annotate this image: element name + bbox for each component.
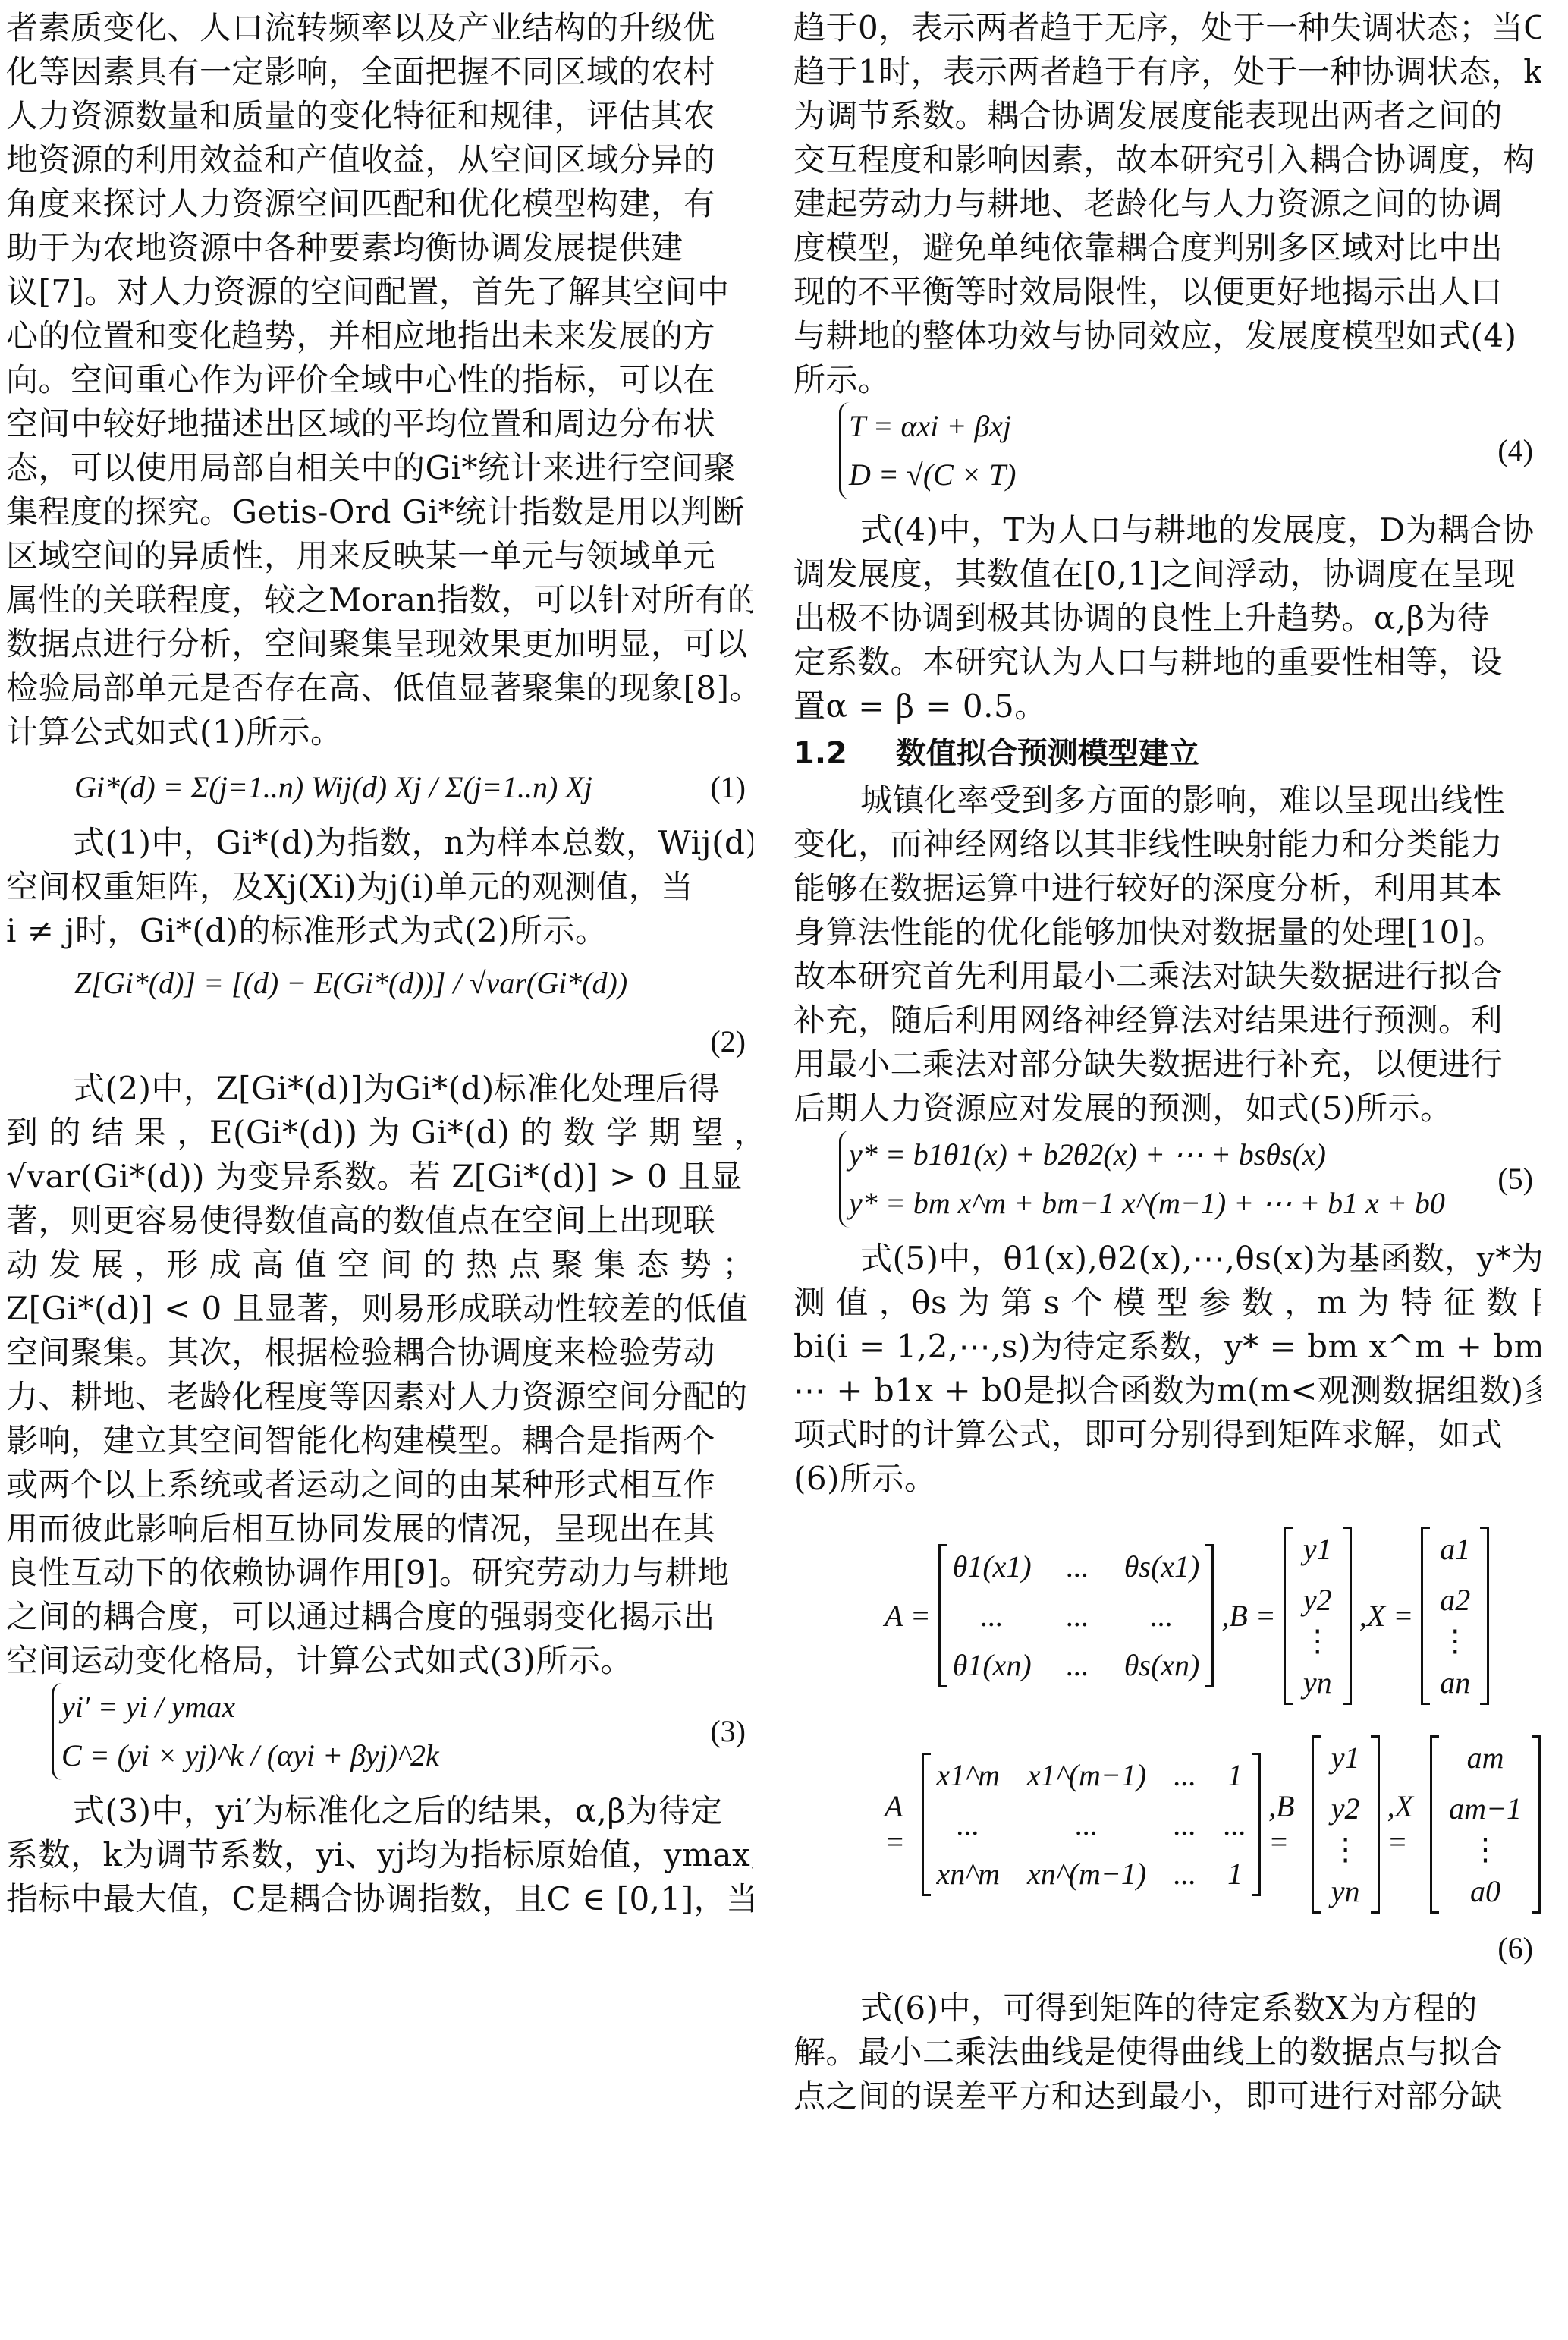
text-line: 地资源的利用效益和产值收益，从空间区域分异的 <box>6 138 753 182</box>
text-line: 态，可以使用局部自相关中的Gi*统计来进行空间聚 <box>6 446 753 490</box>
text-line: ⋯ + b1x + b0是拟合函数为m(m<观测数据组数)多 <box>793 1369 1541 1413</box>
text-line: 数据点进行分析，空间聚集呈现效果更加明显，可以 <box>6 622 753 666</box>
equation-line: yi′ = yi / ymax <box>61 1683 439 1731</box>
text-line: 身算法性能的优化能够加快对数据量的处理[10]。 <box>793 911 1541 955</box>
matrix-b-label: ,B = <box>1221 1598 1275 1634</box>
text-line: 化等因素具有一定影响，全面把握不同区域的农村 <box>6 50 753 94</box>
equation-6: A = θ1(x1) ... θs(x1) ... ... ... θ1(xn)… <box>793 1521 1541 1976</box>
matrix-cell: ... <box>1067 1647 1089 1683</box>
matrix-a-label: A = <box>885 1788 914 1860</box>
matrix-cell: x1^m <box>936 1757 1000 1793</box>
text-line: 式(1)中，Gi*(d)为指数，n为样本总数，Wij(d)为 <box>6 821 753 865</box>
paragraph-fitting-model: 城镇化率受到多方面的影响，难以呈现出线性 变化，而神经网络以其非线性映射能力和分… <box>793 778 1541 1131</box>
text-line: 后期人力资源应对发展的预测，如式(5)所示。 <box>793 1087 1541 1131</box>
section-title: 数值拟合预测模型建立 <box>896 736 1199 771</box>
paragraph-eq2-explanation: 式(2)中，Z[Gi*(d)]为Gi*(d)标准化处理后得 到 的 结 果 ，E… <box>6 1067 753 1683</box>
paragraph-eq5-explanation: 式(5)中，θ1(x),θ2(x),⋯,θs(x)为基函数，y*为预 测 值 ，… <box>793 1237 1541 1501</box>
text-line: 检验局部单元是否存在高、低值显著聚集的现象[8]。 <box>6 666 753 710</box>
text-line: 助于为农地资源中各种要素均衡协调发展提供建 <box>6 226 753 270</box>
text-line: 能够在数据运算中进行较好的深度分析，利用其本 <box>793 866 1541 911</box>
text-line: 指标中最大值，C是耦合协调指数，且C ∈ [0,1]，当C <box>6 1877 753 1921</box>
equation-line: D = √(C × T) <box>849 451 1016 499</box>
equation-number: (4) <box>1497 432 1533 468</box>
text-line: 项式时的计算公式，即可分别得到矩阵求解，如式 <box>793 1413 1541 1457</box>
text-line: 式(4)中，T为人口与耕地的发展度，D为耦合协 <box>793 508 1541 552</box>
text-line: 动 发 展 ，形 成 高 值 空 间 的 热 点 聚 集 态 势 ；若 <box>6 1243 753 1287</box>
equation-6-number-row: (6) <box>793 1923 1541 1976</box>
equation-2-body: Z[Gi*(d)] = [(d) − E(Gi*(d))] / √var(Gi*… <box>6 953 753 1014</box>
vertical-ellipsis: ⋮ <box>1302 1633 1333 1650</box>
text-line: (6)所示。 <box>793 1457 1541 1501</box>
vertical-ellipsis: ⋮ <box>1440 1633 1470 1650</box>
matrix-system-1: A = θ1(x1) ... θs(x1) ... ... ... θ1(xn)… <box>793 1521 1541 1710</box>
text-line: 议[7]。对人力资源的空间配置，首先了解其空间中 <box>6 270 753 314</box>
text-line: 空间中较好地描述出区域的平均位置和周边分布状 <box>6 402 753 446</box>
text-line: 定系数。本研究认为人口与耕地的重要性相等，设 <box>793 640 1541 684</box>
matrix-b-label: ,B = <box>1268 1788 1303 1860</box>
matrix-cell: ... <box>1174 1856 1196 1892</box>
text-line: 计算公式如式(1)所示。 <box>6 710 753 754</box>
paragraph-eq6-explanation: 式(6)中，可得到矩阵的待定系数X为方程的 解。最小二乘法曲线是使得曲线上的数据… <box>793 1986 1541 2118</box>
equation-3: yi′ = yi / ymax C = (yi × yj)^k / (αyi +… <box>6 1683 753 1789</box>
text-line: 力、耕地、老龄化程度等因素对人力资源空间分配的 <box>6 1375 753 1419</box>
text-line: 故本研究首先利用最小二乘法对缺失数据进行拟合 <box>793 955 1541 999</box>
matrix-cell: ... <box>1027 1807 1146 1842</box>
equation-number: (1) <box>710 754 746 821</box>
equation-number: (5) <box>1497 1161 1533 1197</box>
text-line: 著，则更容易使得数值高的数值点在空间上出现联 <box>6 1199 753 1243</box>
matrix-cell: θs(x1) <box>1124 1549 1200 1584</box>
equation-line: T = αxi + βxj <box>849 402 1016 451</box>
text-line: 向。空间重心作为评价全域中心性的指标，可以在 <box>6 358 753 402</box>
equation-1-body: Gi*(d) = Σ(j=1..n) Wij(d) Xj / Σ(j=1..n)… <box>6 770 592 804</box>
text-line: 系数，k为调节系数，yi、yj均为指标原始值，ymax为项 <box>6 1833 753 1877</box>
text-line: 变化，而神经网络以其非线性映射能力和分类能力 <box>793 822 1541 866</box>
equation-number: (6) <box>1497 1930 1533 1966</box>
text-line: 式(3)中，yi′为标准化之后的结果，α,β为待定 <box>6 1789 753 1833</box>
matrix-cell: ... <box>1067 1598 1089 1634</box>
equation-4: T = αxi + βxj D = √(C × T) (4) <box>793 402 1541 508</box>
brace-system: T = αxi + βxj D = √(C × T) <box>839 402 1016 499</box>
text-line: 或两个以上系统或者运动之间的由某种形式相互作 <box>6 1463 753 1507</box>
paragraph-eq4-explanation: 式(4)中，T为人口与耕地的发展度，D为耦合协 调发展度，其数值在[0,1]之间… <box>793 508 1541 728</box>
equation-1: Gi*(d) = Σ(j=1..n) Wij(d) Xj / Σ(j=1..n)… <box>6 754 753 821</box>
paragraph-eq3-explanation: 式(3)中，yi′为标准化之后的结果，α,β为待定 系数，k为调节系数，yi、y… <box>6 1789 753 1921</box>
text-line: 出极不协调到极其协调的良性上升趋势。α,β为待 <box>793 596 1541 640</box>
right-column: 趋于0，表示两者趋于无序，处于一种失调状态；当C 趋于1时，表示两者趋于有序，处… <box>793 0 1541 2118</box>
matrix-cell: ... <box>1174 1807 1196 1842</box>
equation-line: y* = b1θ1(x) + b2θ2(x) + ⋯ + bsθs(x) <box>849 1131 1445 1179</box>
text-line: 现的不平衡等时效局限性，以便更好地揭示出人口 <box>793 270 1541 314</box>
vector-cell: yn <box>1302 1665 1333 1700</box>
text-line: 解。最小二乘法曲线是使得曲线上的数据点与拟合 <box>793 2030 1541 2074</box>
text-line: 区域空间的异质性，用来反映某一单元与领域单元 <box>6 534 753 578</box>
vector-cell: an <box>1440 1665 1470 1700</box>
matrix-cell: θ1(x1) <box>953 1549 1032 1584</box>
text-line: i ≠ j时，Gi*(d)的标准形式为式(2)所示。 <box>6 909 753 953</box>
vector-x: am am−1 ⋮ a0 <box>1430 1735 1541 1914</box>
text-line: 式(5)中，θ1(x),θ2(x),⋯,θs(x)为基函数，y*为预 <box>793 1237 1541 1281</box>
text-line: 测 值 ，θs 为 第 s 个 模 型 参 数 ，m 为 特 征 数 目 ， <box>793 1281 1541 1325</box>
vertical-ellipsis: ⋮ <box>1331 1841 1361 1858</box>
equation-line: C = (yi × yj)^k / (αyi + βyj)^2k <box>61 1731 439 1780</box>
text-line: 影响，建立其空间智能化构建模型。耦合是指两个 <box>6 1419 753 1463</box>
vector-cell: yn <box>1331 1873 1361 1909</box>
text-line: 交互程度和影响因素，故本研究引入耦合协调度，构 <box>793 138 1541 182</box>
text-line: 城镇化率受到多方面的影响，难以呈现出线性 <box>793 778 1541 822</box>
equation-number: (2) <box>710 1024 746 1059</box>
vector-cell: y2 <box>1302 1582 1333 1618</box>
paragraph-intro: 者素质变化、人口流转频率以及产业结构的升级优 化等因素具有一定影响，全面把握不同… <box>6 6 753 754</box>
matrix-cell: 1 <box>1224 1856 1246 1892</box>
text-line: Z[Gi*(d)] < 0 且显著，则易形成联动性较差的低值 <box>6 1287 753 1331</box>
matrix-system-2: A = x1^m x1^(m−1) ... 1 ... ... ... ... … <box>793 1725 1541 1923</box>
vector-x: a1 a2 ⋮ an <box>1421 1527 1489 1705</box>
text-line: bi(i = 1,2,⋯,s)为待定系数，y* = bm x^m + bm−1 … <box>793 1325 1541 1369</box>
paragraph-coupling: 趋于0，表示两者趋于无序，处于一种失调状态；当C 趋于1时，表示两者趋于有序，处… <box>793 6 1541 402</box>
text-line: 调发展度，其数值在[0,1]之间浮动，协调度在呈现 <box>793 552 1541 596</box>
text-line: 所示。 <box>793 358 1541 402</box>
text-line: 点之间的误差平方和达到最小，即可进行对部分缺 <box>793 2074 1541 2118</box>
text-line: 补充，随后利用网络神经算法对结果进行预测。利 <box>793 999 1541 1043</box>
matrix-cell: ... <box>953 1598 1032 1634</box>
text-line: 用而彼此影响后相互协同发展的情况，呈现出在其 <box>6 1507 753 1551</box>
matrix-cell: x1^(m−1) <box>1027 1757 1146 1793</box>
matrix-cell: ... <box>1124 1598 1200 1634</box>
text-line: 度模型，避免单纯依靠耦合度判别多区域对比中出 <box>793 226 1541 270</box>
vector-b: y1 y2 ⋮ yn <box>1312 1735 1380 1914</box>
vector-cell: a1 <box>1440 1531 1470 1567</box>
equation-number: (3) <box>710 1713 746 1749</box>
text-line: 人力资源数量和质量的变化特征和规律，评估其农 <box>6 94 753 138</box>
matrix-a: x1^m x1^(m−1) ... 1 ... ... ... ... xn^m… <box>922 1753 1261 1896</box>
vector-cell: a0 <box>1449 1873 1522 1909</box>
matrix-cell: θ1(xn) <box>953 1647 1032 1683</box>
matrix-x-label: ,X = <box>1387 1788 1422 1860</box>
text-line: 趋于1时，表示两者趋于有序，处于一种协调状态，k <box>793 50 1541 94</box>
vector-cell: y1 <box>1331 1740 1361 1775</box>
text-line: 集程度的探究。Getis-Ord Gi*统计指数是用以判断 <box>6 490 753 534</box>
vector-cell: y2 <box>1331 1791 1361 1826</box>
text-line: 空间权重矩阵，及Xj(Xi)为j(i)单元的观测值，当 <box>6 865 753 909</box>
text-line: 属性的关联程度，较之Moran指数，可以针对所有的 <box>6 578 753 622</box>
text-line: 之间的耦合度，可以通过耦合度的强弱变化揭示出 <box>6 1595 753 1639</box>
text-line: 式(2)中，Z[Gi*(d)]为Gi*(d)标准化处理后得 <box>6 1067 753 1111</box>
section-number: 1.2 <box>793 736 847 771</box>
text-line: 空间聚集。其次，根据检验耦合协调度来检验劳动 <box>6 1331 753 1375</box>
text-line: 与耕地的整体功效与协同效应，发展度模型如式(4) <box>793 314 1541 358</box>
text-line: 空间运动变化格局，计算公式如式(3)所示。 <box>6 1639 753 1683</box>
paragraph-eq1-explanation: 式(1)中，Gi*(d)为指数，n为样本总数，Wij(d)为 空间权重矩阵，及X… <box>6 821 753 953</box>
matrix-x-label: ,X = <box>1359 1598 1413 1634</box>
text-line: 式(6)中，可得到矩阵的待定系数X为方程的 <box>793 1986 1541 2030</box>
text-line: 建起劳动力与耕地、老龄化与人力资源之间的协调 <box>793 182 1541 226</box>
section-heading: 1.2 数值拟合预测模型建立 <box>793 731 1541 775</box>
matrix-cell: ... <box>1067 1549 1089 1584</box>
text-line: 良性互动下的依赖协调作用[9]。研究劳动力与耕地 <box>6 1551 753 1595</box>
matrix-a: θ1(x1) ... θs(x1) ... ... ... θ1(xn) ...… <box>938 1544 1214 1687</box>
text-line: 趋于0，表示两者趋于无序，处于一种失调状态；当C <box>793 6 1541 50</box>
equation-line: y* = bm x^m + bm−1 x^(m−1) + ⋯ + b1 x + … <box>849 1179 1445 1228</box>
left-column: 者素质变化、人口流转频率以及产业结构的升级优 化等因素具有一定影响，全面把握不同… <box>6 0 753 1921</box>
vertical-ellipsis: ⋮ <box>1449 1841 1522 1858</box>
brace-system: y* = b1θ1(x) + b2θ2(x) + ⋯ + bsθs(x) y* … <box>839 1131 1445 1228</box>
vector-cell: am <box>1449 1740 1522 1775</box>
text-line: 心的位置和变化趋势，并相应地指出未来发展的方 <box>6 314 753 358</box>
matrix-a-label: A = <box>885 1598 931 1634</box>
vector-cell: a2 <box>1440 1582 1470 1618</box>
text-line: 到 的 结 果 ，E(Gi*(d)) 为 Gi*(d) 的 数 学 期 望 ， <box>6 1111 753 1155</box>
vector-b: y1 y2 ⋮ yn <box>1284 1527 1352 1705</box>
matrix-cell: θs(xn) <box>1124 1647 1200 1683</box>
brace-system: yi′ = yi / ymax C = (yi × yj)^k / (αyi +… <box>52 1683 439 1780</box>
text-line: 置α = β = 0.5。 <box>793 684 1541 728</box>
text-line: 用最小二乘法对部分缺失数据进行补充，以便进行 <box>793 1043 1541 1087</box>
matrix-cell: 1 <box>1224 1757 1246 1793</box>
matrix-cell: ... <box>1174 1757 1196 1793</box>
text-line: 为调节系数。耦合协调发展度能表现出两者之间的 <box>793 94 1541 138</box>
equation-5: y* = b1θ1(x) + b2θ2(x) + ⋯ + bsθs(x) y* … <box>793 1131 1541 1237</box>
vector-cell: am−1 <box>1449 1791 1522 1826</box>
matrix-cell: ... <box>1224 1807 1246 1842</box>
matrix-cell: xn^(m−1) <box>1027 1856 1146 1892</box>
text-line: 者素质变化、人口流转频率以及产业结构的升级优 <box>6 6 753 50</box>
text-line: 角度来探讨人力资源空间匹配和优化模型构建，有 <box>6 182 753 226</box>
matrix-cell: ... <box>936 1807 1000 1842</box>
equation-2: Z[Gi*(d)] = [(d) − E(Gi*(d))] / √var(Gi*… <box>6 953 753 1067</box>
matrix-cell: xn^m <box>936 1856 1000 1892</box>
text-line: √var(Gi*(d)) 为变异系数。若 Z[Gi*(d)] > 0 且显 <box>6 1155 753 1199</box>
vector-cell: y1 <box>1302 1531 1333 1567</box>
